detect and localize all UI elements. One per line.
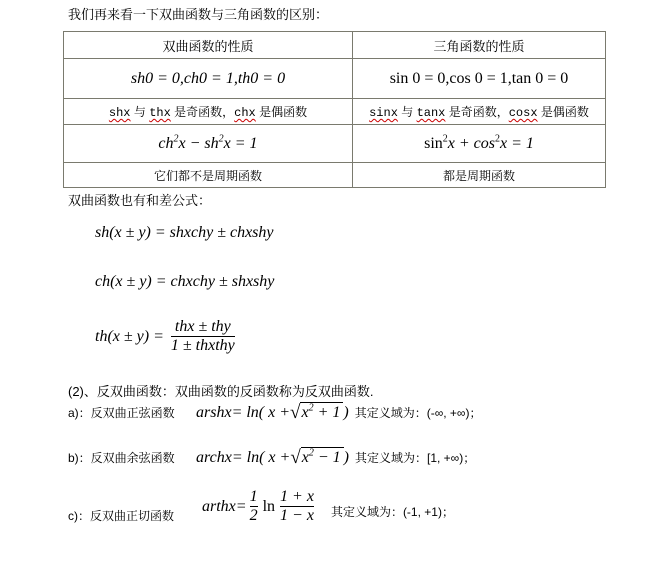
formula-sh-sum: sh(x ± y) = shxchy ± chxshy	[95, 224, 274, 242]
inverse-section-heading: (2)、反双曲函数：双曲函数的反函数称为反双曲函数.	[68, 381, 374, 400]
formula-part: sin	[424, 135, 443, 152]
formula-sin2-cos2: sin2x + cos2x = 1	[424, 135, 534, 152]
formula-arshx: arshx = ln( x + √x2 + 1)	[196, 402, 349, 423]
domain-text: 其定义域为：[1, +∞)；	[355, 449, 475, 468]
misspelled-word: thx	[149, 106, 171, 120]
intro-text: 我们再来看一下双曲函数与三角函数的区别：	[68, 7, 328, 23]
periodicity-row: 它们都不是周期函数 都是周期函数	[64, 163, 606, 188]
formula-ch-sum: ch(x ± y) = chxchy ± shxshy	[95, 273, 274, 291]
formula-part: arthx	[202, 498, 236, 516]
domain-text: 其定义域为：(-∞, +∞)；	[355, 404, 482, 423]
domain-text: 其定义域为：(-1, +1)；	[331, 503, 454, 526]
formula-part: x	[301, 404, 308, 421]
zero-cell-trig: sin 0 = 0,cos 0 = 1,tan 0 = 0	[353, 59, 606, 99]
radical-sign: √	[290, 403, 300, 422]
misspelled-word: sinx	[369, 106, 398, 120]
formula-part: x = 1	[224, 135, 258, 152]
misspelled-word: cosx	[509, 106, 538, 120]
formula-part: x + cos	[448, 135, 495, 152]
fraction-numerator: 1	[250, 488, 258, 506]
radical-sign: √	[290, 448, 300, 467]
formula-archx: archx = ln( x + √x2 − 1)	[196, 447, 349, 468]
parity-cell-hyperbolic: shx 与 thx 是奇函数，chx 是偶函数	[64, 99, 353, 125]
item-label: c)：反双曲正切函数	[68, 507, 190, 526]
parity-cell-trig: sinx 与 tanx 是奇函数，cosx 是偶函数	[353, 99, 606, 125]
fraction-denominator: 2	[250, 506, 258, 525]
formula-part: + 1	[314, 404, 341, 421]
misspelled-word: tanx	[417, 106, 446, 120]
comparison-table: 双曲函数的性质 三角函数的性质 sh0 = 0,ch0 = 1,th0 = 0 …	[63, 31, 606, 188]
formula-th-sum: th(x ± y) = thx ± thy 1 ± thxthy	[95, 318, 238, 356]
table-header-row: 双曲函数的性质 三角函数的性质	[64, 32, 606, 59]
radicand: x2 + 1	[300, 402, 343, 422]
inverse-item-arch: b)：反双曲余弦函数 archx = ln( x + √x2 − 1) 其定义域…	[68, 447, 475, 468]
formula-part: = ln( x +	[232, 404, 290, 422]
parity-text: 与	[131, 105, 150, 119]
square-root: √x2 − 1	[290, 447, 343, 467]
parity-text: 是偶函数	[538, 105, 589, 119]
formula-part: x	[302, 449, 309, 466]
formula-part: ch	[158, 135, 173, 152]
square-root: √x2 + 1	[290, 402, 343, 422]
document-page: 我们再来看一下双曲函数与三角函数的区别： 双曲函数的性质 三角函数的性质 sh0…	[0, 0, 660, 573]
radicand: x2 − 1	[301, 447, 344, 467]
header-cell-trig: 三角函数的性质	[353, 32, 606, 59]
fraction-denominator: 1 ± thxthy	[171, 336, 235, 355]
formula-th-lhs: th(x ± y) =	[95, 328, 164, 346]
identity-cell-trig: sin2x + cos2x = 1	[353, 125, 606, 163]
period-cell-trig: 都是周期函数	[353, 163, 606, 188]
item-label: b)：反双曲余弦函数	[68, 449, 190, 468]
parity-text: 是奇函数，	[445, 105, 508, 119]
fraction-denominator: 1 − x	[280, 506, 314, 525]
zero-cell-hyperbolic: sh0 = 0,ch0 = 1,th0 = 0	[64, 59, 353, 99]
header-cell-hyperbolic: 双曲函数的性质	[64, 32, 353, 59]
zero-values-row: sh0 = 0,ch0 = 1,th0 = 0 sin 0 = 0,cos 0 …	[64, 59, 606, 99]
inverse-item-arsh: a)：反双曲正弦函数 arshx = ln( x + √x2 + 1) 其定义域…	[68, 402, 481, 423]
fraction-numerator: 1 + x	[280, 488, 314, 506]
ln-operator: ln	[263, 498, 275, 516]
formula-part: = ln( x +	[232, 449, 290, 467]
fraction-half: 12	[250, 488, 258, 526]
formula-part: )	[344, 449, 349, 467]
item-label: a)：反双曲正弦函数	[68, 404, 190, 423]
formula-part: arshx	[196, 404, 232, 422]
identity-cell-hyperbolic: ch2x − sh2x = 1	[64, 125, 353, 163]
formula-sin0: sin 0 = 0,cos 0 = 1,tan 0 = 0	[390, 70, 569, 87]
formula-part: =	[236, 498, 247, 516]
parity-text: 与	[398, 105, 417, 119]
formula-ch2-sh2: ch2x − sh2x = 1	[158, 135, 257, 152]
fraction-1px: 1 + x1 − x	[280, 488, 314, 526]
misspelled-word: shx	[109, 106, 131, 120]
identity-row: ch2x − sh2x = 1 sin2x + cos2x = 1	[64, 125, 606, 163]
fraction-numerator: thx ± thy	[171, 318, 235, 336]
period-cell-hyperbolic: 它们都不是周期函数	[64, 163, 353, 188]
misspelled-word: chx	[234, 106, 256, 120]
formula-arthx: arthx = 12ln1 + x1 − x	[202, 488, 317, 526]
formula-part: − 1	[314, 449, 341, 466]
formula-sh0: sh0 = 0,ch0 = 1,th0 = 0	[131, 70, 285, 87]
formula-part: archx	[196, 449, 232, 467]
parity-text: 是偶函数	[256, 105, 307, 119]
formula-part: x − sh	[179, 135, 219, 152]
parity-row: shx 与 thx 是奇函数，chx 是偶函数 sinx 与 tanx 是奇函数…	[64, 99, 606, 125]
formula-part: x = 1	[500, 135, 534, 152]
fraction: thx ± thy 1 ± thxthy	[171, 318, 235, 356]
parity-text: 是奇函数，	[171, 105, 234, 119]
formula-part: )	[343, 404, 348, 422]
sum-formulas-heading: 双曲函数也有和差公式：	[68, 190, 211, 209]
inverse-item-arth: c)：反双曲正切函数 arthx = 12ln1 + x1 − x 其定义域为：…	[68, 488, 454, 526]
